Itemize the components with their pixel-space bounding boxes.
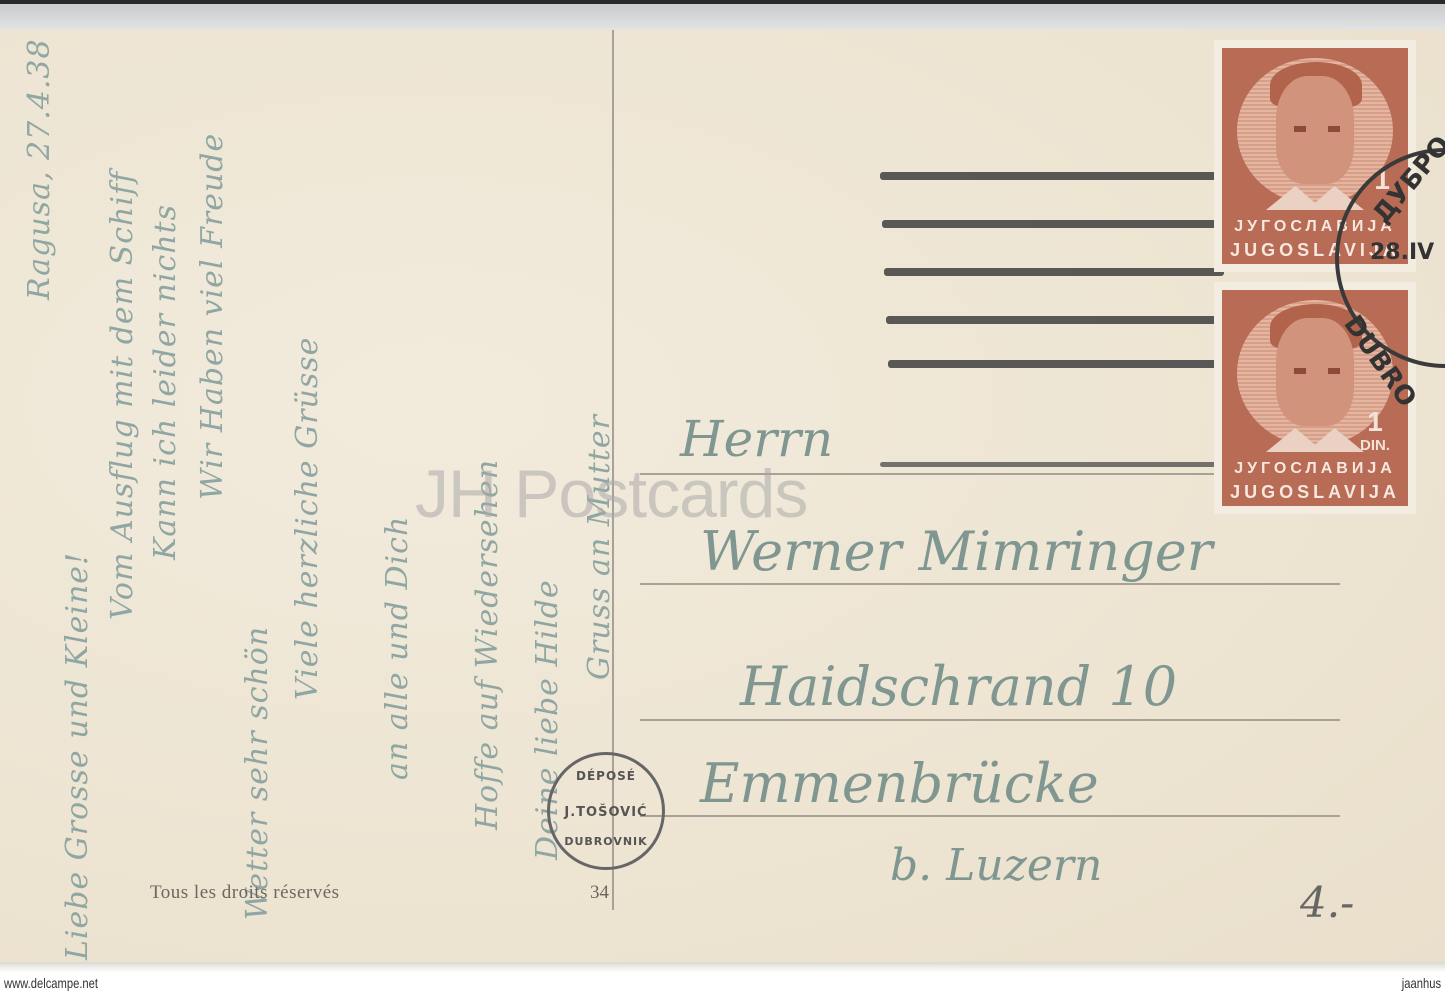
cancel-bar	[884, 268, 1224, 276]
message-line: Ragusa, 27.4.38	[22, 38, 57, 300]
card-bottom-edge	[0, 962, 1445, 972]
address-street: Haidschrand 10	[740, 655, 1177, 718]
scan-edge	[0, 4, 1445, 30]
postmark-date: 28.IV	[1370, 240, 1434, 265]
stamp-portrait-eyes	[1294, 368, 1340, 374]
cancel-bar	[880, 172, 1220, 180]
address-line	[640, 815, 1340, 817]
address-city: Emmenbrücke	[700, 752, 1099, 815]
stamp-country-latin: JUGOSLAVIJA	[1222, 482, 1408, 503]
footer-site-link[interactable]: www.delcampe.net	[4, 975, 98, 991]
message-line: Vom Ausflug mit dem Schiff	[105, 171, 140, 620]
message-line: Viele herzliche Grüsse	[290, 337, 325, 700]
message-line: Kann ich leider nichts	[148, 204, 183, 560]
cancel-bar	[882, 220, 1222, 228]
rights-reserved-text: Tous les droits réservés	[150, 882, 340, 904]
stamp-collar	[1266, 428, 1364, 452]
stamp-value: 1DIN.	[1360, 408, 1390, 453]
address-salutation: Herrn	[680, 410, 833, 468]
price-mark: 4.-	[1300, 878, 1354, 927]
message-line: Liebe Grosse und Kleine!	[60, 552, 95, 960]
message-line: Wir Haben viel Freude	[195, 133, 230, 500]
publisher-stamp-top: DÉPOSÉ	[550, 769, 662, 783]
publisher-stamp-middle: J.TOŠOVIĆ	[550, 805, 662, 820]
message-line: Wetter sehr schön	[240, 626, 275, 920]
cancel-bar	[886, 316, 1226, 324]
address-line	[640, 583, 1340, 585]
address-region: b. Luzern	[890, 840, 1102, 891]
publisher-stamp-bottom: DUBROVNIK	[550, 835, 662, 848]
cancel-bar	[888, 360, 1228, 368]
stamp-country-cyrillic: ЈУГОСЛАВИЈА	[1222, 460, 1408, 478]
address-line	[640, 719, 1340, 721]
publisher-stamp: DÉPOSÉ J.TOŠOVIĆ DUBROVNIK	[547, 752, 665, 870]
footer-seller: jaanhus	[1402, 975, 1441, 991]
stamp-portrait-eyes	[1294, 126, 1340, 132]
message-line: an alle und Dich	[380, 516, 415, 780]
address-name: Werner Mimringer	[700, 520, 1213, 583]
card-number: 34	[590, 882, 609, 904]
